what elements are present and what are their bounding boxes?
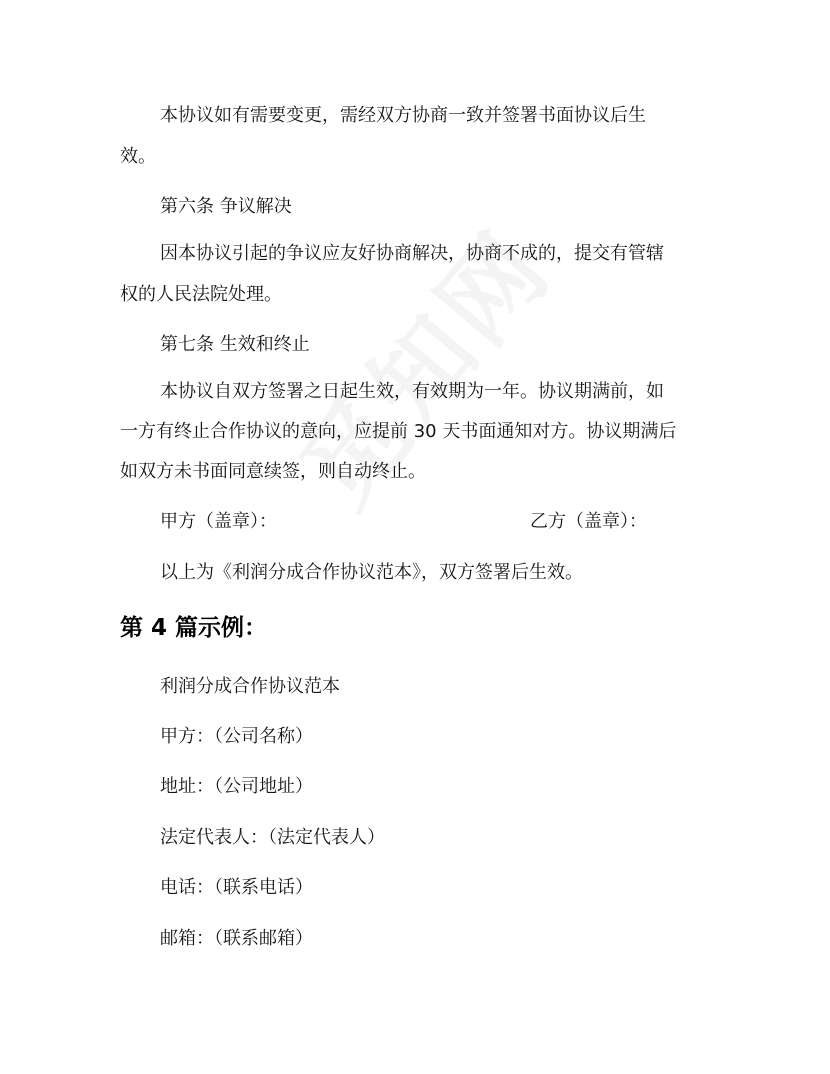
field-address: 地址：（公司地址） [160, 776, 313, 798]
article-6-title: 第六条 争议解决 [160, 196, 292, 218]
closing-statement: 以上为《利润分成合作协议范本》，双方签署后生效。 [160, 562, 583, 584]
signature-party-b: 乙方（盖章）： [530, 511, 647, 533]
paragraph-term-line1: 本协议自双方签署之日起生效，有效期为一年。协议期满前，如 [160, 381, 664, 403]
field-legal-rep: 法定代表人：（法定代表人） [160, 827, 385, 849]
paragraph-dispute-line2: 权的人民法院处理。 [120, 284, 282, 306]
paragraph-term-line3: 如双方未书面同意续签，则自动终止。 [120, 461, 426, 483]
paragraph-change-line2: 效。 [120, 146, 156, 168]
paragraph-change-line1: 本协议如有需要变更，需经双方协商一致并签署书面协议后生 [160, 105, 646, 127]
field-email: 邮箱：（联系邮箱） [160, 928, 313, 950]
field-party-a: 甲方：（公司名称） [160, 726, 313, 748]
paragraph-dispute-line1: 因本协议引起的争议应友好协商解决，协商不成的，提交有管辖 [160, 243, 664, 265]
field-phone: 电话：（联系电话） [160, 877, 313, 899]
article-7-title: 第七条 生效和终止 [160, 334, 310, 356]
document-page: 觅知网 本协议如有需要变更，需经双方协商一致并签署书面协议后生 效。 第六条 争… [0, 0, 830, 1074]
signature-party-a: 甲方（盖章）： [160, 511, 277, 533]
agreement-title: 利润分成合作协议范本 [160, 676, 340, 698]
paragraph-term-line2: 一方有终止合作协议的意向，应提前 30 天书面通知对方。协议期满后 [120, 421, 676, 443]
example-heading: 第 4 篇示例： [120, 614, 267, 642]
